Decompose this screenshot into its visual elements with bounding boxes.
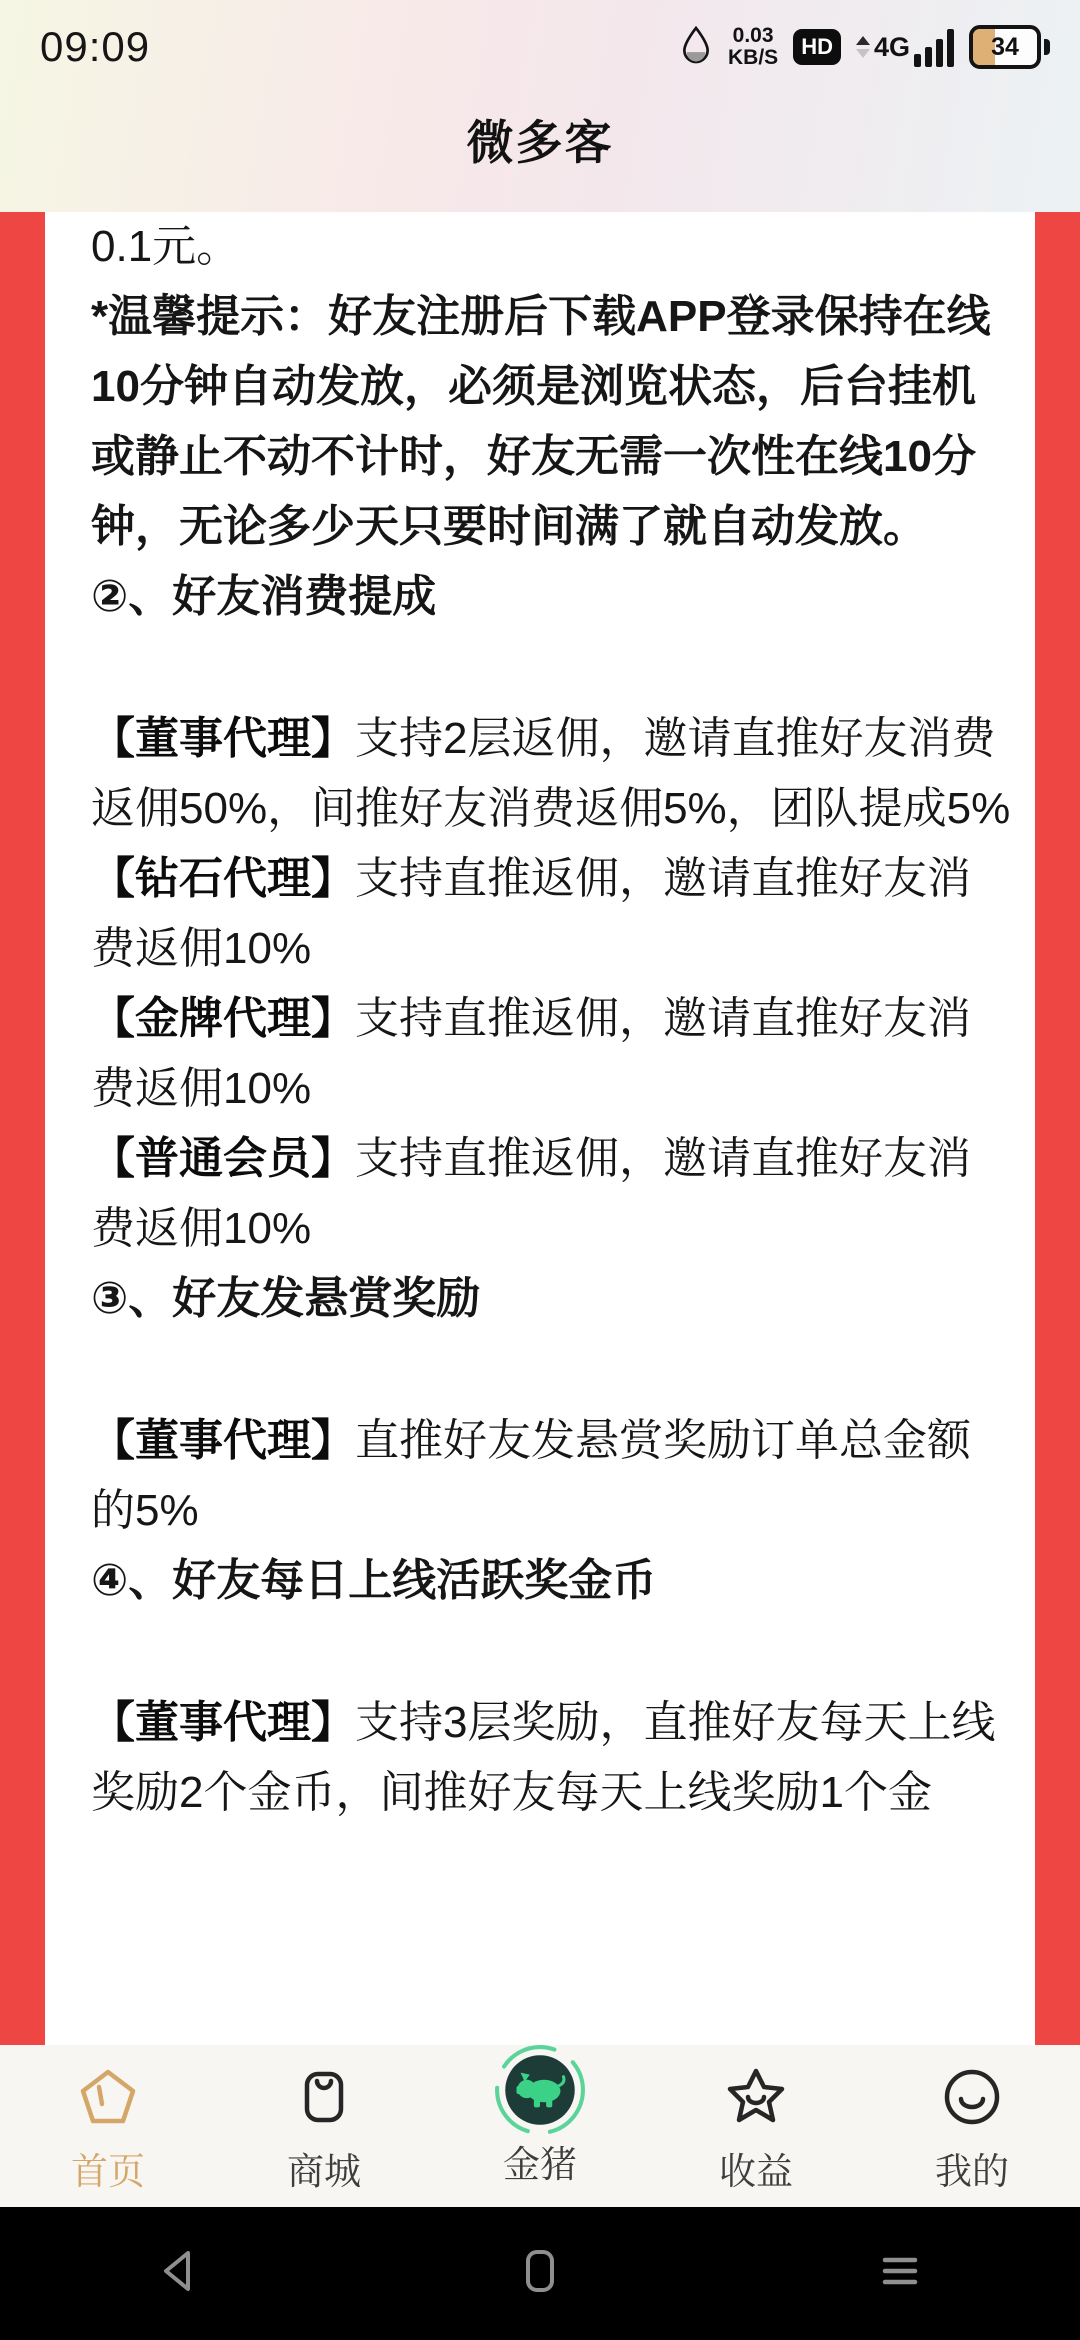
- paragraph-member-commission: 【普通会员】支持直推返佣，邀请直推好友消 费返佣10%: [91, 1124, 989, 1264]
- golden-pig-icon: [493, 2055, 587, 2125]
- paragraph-gold-commission: 【金牌代理】支持直推返佣，邀请直推好友消 费返佣10%: [91, 984, 989, 1124]
- role-label: 【普通会员】: [91, 1134, 355, 1183]
- paragraph-daily-active-reward: 【董事代理】支持3层奖励，直推好友每天上线 奖励2个金币，间推好友每天上线奖励1…: [91, 1688, 989, 1828]
- section-heading-3: ③、好友发悬赏奖励: [91, 1264, 989, 1334]
- profile-smiley-icon: [940, 2062, 1004, 2132]
- role-label: 【董事代理】: [91, 714, 355, 763]
- home-icon: [76, 2062, 140, 2132]
- tab-label: 金猪: [503, 2134, 577, 2188]
- tab-home[interactable]: 首页: [0, 2045, 216, 2207]
- paragraph-diamond-commission: 【钻石代理】支持直推返佣，邀请直推好友消 费返佣10%: [91, 844, 989, 984]
- network-indicator: 4G: [856, 27, 954, 67]
- shop-bag-icon: [292, 2062, 356, 2132]
- section-heading-2: ②、好友消费提成: [91, 562, 989, 632]
- system-nav-bar: [0, 2207, 1080, 2340]
- paragraph-director-commission: 【董事代理】支持2层返佣，邀请直推好友消费 返佣50%，间推好友消费返佣5%，团…: [91, 704, 989, 844]
- notice-paragraph: *温馨提示：好友注册后下载APP登录保持在线 10分钟自动发放，必须是浏览状态，…: [91, 282, 989, 562]
- network-speed: 0.03 KB/S: [728, 25, 778, 69]
- phone-screen: 09:09 0.03 KB/S HD 4G: [0, 0, 1080, 2340]
- signal-bars-icon: [914, 27, 954, 67]
- paragraph-bounty-reward: 【董事代理】直推好友发悬赏奖励订单总金额 的5%: [91, 1406, 989, 1546]
- tab-label: 我的: [935, 2141, 1009, 2195]
- battery-percent: 34: [973, 29, 1037, 65]
- tab-profile[interactable]: 我的: [864, 2045, 1080, 2207]
- partial-line: 0.1元。: [91, 212, 989, 282]
- role-label: 【钻石代理】: [91, 854, 355, 903]
- header: 09:09 0.03 KB/S HD 4G: [0, 0, 1080, 212]
- recents-button[interactable]: [720, 2243, 1080, 2304]
- role-label: 【金牌代理】: [91, 994, 355, 1043]
- earnings-star-icon: [724, 2062, 788, 2132]
- tab-label: 商城: [287, 2141, 361, 2195]
- tab-bar: 首页 商城: [0, 2045, 1080, 2207]
- speed-value: 0.03: [733, 25, 774, 47]
- clock: 09:09: [40, 23, 150, 71]
- updown-arrows-icon: [856, 36, 870, 58]
- page-title: 微多客: [0, 106, 1080, 173]
- menu-icon: [872, 2243, 928, 2304]
- home-square-icon: [512, 2243, 568, 2304]
- water-drop-icon: [679, 23, 713, 72]
- status-bar: 09:09 0.03 KB/S HD 4G: [0, 0, 1080, 88]
- tab-golden-pig[interactable]: 金猪: [432, 2045, 648, 2207]
- status-icons: 0.03 KB/S HD 4G 34: [679, 23, 1050, 72]
- section-heading-4: ④、好友每日上线活跃奖金币: [91, 1546, 989, 1616]
- back-button[interactable]: [0, 2243, 360, 2304]
- tab-earnings[interactable]: 收益: [648, 2045, 864, 2207]
- hd-icon: HD: [793, 29, 841, 65]
- role-label: 【董事代理】: [91, 1416, 355, 1465]
- speed-unit: KB/S: [728, 47, 778, 69]
- tab-label: 首页: [71, 2141, 145, 2195]
- battery-icon: 34: [969, 25, 1050, 69]
- article-content[interactable]: 0.1元。 *温馨提示：好友注册后下载APP登录保持在线 10分钟自动发放，必须…: [0, 212, 1080, 2045]
- network-type-label: 4G: [874, 32, 910, 63]
- tab-label: 收益: [719, 2141, 793, 2195]
- role-label: 【董事代理】: [91, 1698, 355, 1747]
- tab-mall[interactable]: 商城: [216, 2045, 432, 2207]
- back-icon: [152, 2243, 208, 2304]
- home-button[interactable]: [360, 2243, 720, 2304]
